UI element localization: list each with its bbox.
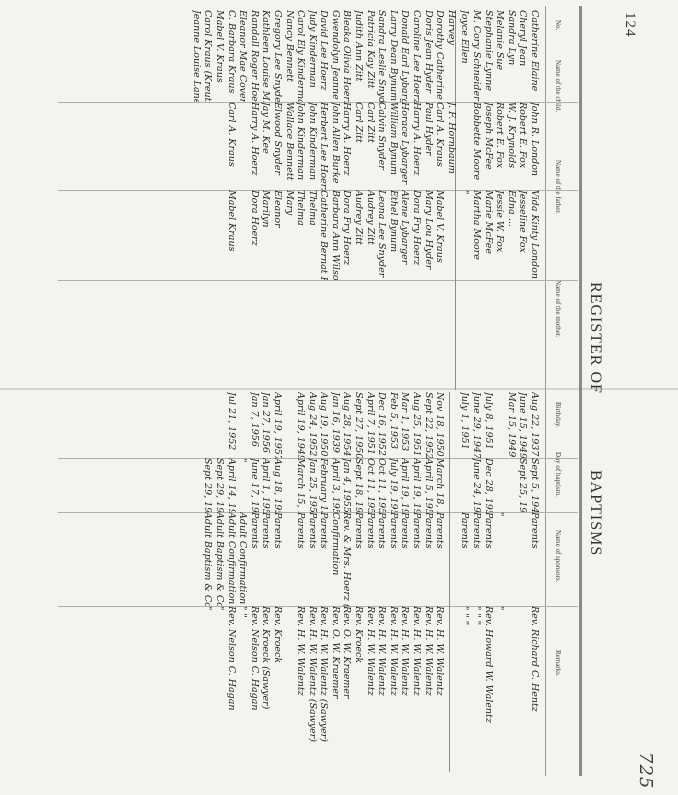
remarks	[517, 606, 529, 746]
register-entry-right: Sept 29, 1957Adult Baptism & Conf."	[202, 392, 214, 746]
birthday: Sept 22, 1952	[422, 392, 434, 458]
remarks: Rev. H. W. Walentz	[387, 606, 399, 746]
child-name: Gwendolyn Jeanne Burke	[329, 10, 341, 102]
sponsors: Parents	[376, 512, 388, 606]
register-entry-left: Carol Ely KindermanJohn KindermanThelma	[295, 10, 307, 280]
sponsors: Adult Confirmation	[225, 512, 237, 606]
register-entry-right	[445, 392, 457, 746]
register-entry-right: "Adult Confirmation" "	[237, 392, 249, 746]
birthday: Jan 16, 1939	[329, 392, 341, 458]
column-header-birthday: Birthday.	[554, 402, 562, 428]
baptism-date	[190, 458, 202, 512]
father-name	[213, 102, 225, 190]
register-entry-left: Joyce Ellen"	[459, 10, 471, 280]
register-entry-right: ""	[494, 392, 506, 746]
sponsors: Parents	[260, 512, 272, 606]
baptism-date: June 17, 1956	[248, 458, 260, 512]
baptism-date: Oct 11, 1953	[364, 458, 376, 512]
baptism-date: April 14, 1957	[225, 458, 237, 512]
mother-name	[202, 190, 214, 280]
header-rule	[579, 6, 582, 776]
baptism-date	[459, 458, 471, 512]
right-entries: Aug 22, 1937Sept 5, 1949ParentsRev. Rich…	[190, 392, 540, 746]
mother-name	[445, 190, 457, 280]
child-name: Larry Dean Bynum	[387, 10, 399, 102]
mother-name: Vida Kinty London	[528, 190, 540, 280]
father-name	[190, 102, 202, 190]
child-name: Judy Kinderman	[306, 10, 318, 102]
father-name: Bobbette Moore	[470, 102, 482, 190]
child-name: Catherine Elaine	[528, 10, 540, 102]
baptism-date: Jan 25, 1953	[306, 458, 318, 512]
child-name: Harvey	[445, 10, 457, 102]
register-entry-left: Gwendolyn Jeanne BurkeJohn Allen BurkeBa…	[329, 10, 341, 280]
mother-name: Thelma	[295, 190, 307, 280]
sponsors: Parents	[387, 512, 399, 606]
child-name: Patricia Kay Zitt	[364, 10, 376, 102]
mother-name: Jessie W. Fox	[494, 190, 506, 280]
sponsors: Parents	[318, 512, 330, 606]
sponsors: Parents	[399, 512, 411, 606]
register-entry-left: Sandra Leslie SnyderCalvin SnyderLeona L…	[376, 10, 388, 280]
birthday: Jan 7, 1956	[248, 392, 260, 458]
register-entry-left: Sandra LynW. J. KrynoldsEdna ...	[505, 10, 517, 280]
mother-name: Mary Lou Hyder	[422, 190, 434, 280]
sponsors: Parents	[459, 512, 471, 606]
father-name: Robert E. Fox	[494, 102, 506, 190]
child-name: Cheryl Jean	[517, 10, 529, 102]
baptism-date: Aug 18, 1957	[271, 458, 283, 512]
remarks: "	[202, 606, 214, 746]
remarks: Rev. H. W. Walentz	[399, 606, 411, 746]
page-seam	[0, 388, 678, 390]
remarks: Rev. Howard W. Walentz	[482, 606, 494, 746]
child-name: Gregory Lee Snyder	[271, 10, 283, 102]
father-name	[237, 102, 249, 190]
register-entry-right: Aug 22, 1937Sept 5, 1949ParentsRev. Rich…	[528, 392, 540, 746]
birthday: Aug 24, 1952	[306, 392, 318, 458]
child-name: Carol Kraus (Kreutzel)	[202, 10, 214, 102]
birthday: April 19, 1949	[295, 392, 307, 458]
father-name	[459, 102, 471, 190]
father-name: Robert E. Fox	[517, 102, 529, 190]
register-entry-right: June 29, 1947June 24, 1951Parents" " "	[470, 392, 482, 746]
mother-name	[213, 190, 225, 280]
child-name: Donald Earl Lybarger	[399, 10, 411, 102]
register-entry-right: Sept 22, 1952April 5, 1953ParentsRev. H.…	[422, 392, 434, 746]
father-name: Paul Hyder	[422, 102, 434, 190]
birthday: Aug 25, 1951	[410, 392, 422, 458]
father-name: John Kinderman	[306, 102, 318, 190]
sponsors: Adult Baptism & Conf.	[213, 512, 225, 606]
remarks: Rev. H. W. Walentz	[364, 606, 376, 746]
child-name: Nancy Bennett	[283, 10, 295, 102]
sponsors: Parents	[364, 512, 376, 606]
register-entry-left: Gregory Lee SnyderElwood SnyderEleanor	[271, 10, 283, 280]
birthday: Dec 16, 1952	[376, 392, 388, 458]
father-name: Herbert Lee Hoerz	[318, 102, 330, 190]
remarks: Rev. H. W. Walentz	[376, 606, 388, 746]
column-header-mother: Name of the mother.	[554, 280, 562, 338]
baptism-date: Sept 29, 1957	[202, 458, 214, 512]
sponsors: Confirmation	[329, 512, 341, 606]
remarks: "	[213, 606, 225, 746]
register-entry-right: June 15, 1949Sept 25, 1949	[517, 392, 529, 746]
sponsors: Parents	[434, 512, 446, 606]
remarks: Rev. Kroeck	[353, 606, 365, 746]
mother-name: Martha Moore	[470, 190, 482, 280]
birthday: Aug 19, 1950	[318, 392, 330, 458]
register-entry-right: Sept 29, 1957Adult Baptism & Conf."	[213, 392, 225, 746]
mother-name: Barbara Ann Wilson Burke	[329, 190, 341, 280]
register-entry-left: Jeanne Louise Lane	[190, 10, 202, 280]
register-entry-left: Donald Earl LybargerHorace LybargerAlene…	[399, 10, 411, 280]
register-entry-left: Judith Ann ZittCarl ZittAudrey Zitt	[353, 10, 365, 280]
mother-name: "	[459, 190, 471, 280]
sponsors: Parents	[422, 512, 434, 606]
birthday	[445, 392, 457, 458]
register-entry-right: Feb 5, 1953July 19, 1953ParentsRev. H. W…	[387, 392, 399, 746]
register-entry-left: HarveyJ. F. Hornbaum	[445, 10, 457, 280]
register-entry-right: April 7, 1951Oct 11, 1953ParentsRev. H. …	[364, 392, 376, 746]
baptism-date: Sept 18, 1954	[353, 458, 365, 512]
mother-name: Ethel Bynum	[387, 190, 399, 280]
birthday: Aug 28, 1954	[341, 392, 353, 458]
register-entry-right: Aug 19, 1950February 13, 1955ParentsRev.…	[318, 392, 330, 746]
right-page-title: BAPTISMS	[586, 470, 604, 556]
mother-name: Marilyn	[260, 190, 272, 280]
mother-name: Edna ...	[505, 190, 517, 280]
child-name: Melanie Sue	[494, 10, 506, 102]
remarks: Rev. H. W. Walentz (Sawyer)	[306, 606, 318, 746]
left-page-title: REGISTER OF	[586, 282, 604, 394]
birthday: July 8, 1951	[482, 392, 494, 458]
father-name: John Kinderman	[295, 102, 307, 190]
remarks	[505, 606, 517, 746]
register-entry-right: Aug 28, 1954Jan 4, 1955Rev. & Mrs. Hoerz…	[341, 392, 353, 746]
sponsors	[505, 512, 517, 606]
baptism-date: July 19, 1953	[387, 458, 399, 512]
child-name: Randall Roger Hoerz	[248, 10, 260, 102]
register-entry-left: David Lee HoerzHerbert Lee HoerzCatherin…	[318, 10, 330, 280]
register-entry-right: April 19, 1957Aug 18, 1957ParentsRev. Kr…	[271, 392, 283, 746]
father-name: J. F. Hornbaum	[445, 102, 457, 190]
register-entry-right: Dec 16, 1952Oct 11, 1953ParentsRev. H. W…	[376, 392, 388, 746]
register-entry-left: Cheryl JeanRobert E. FoxJesseline Fox	[517, 10, 529, 280]
birthday	[202, 392, 214, 458]
child-name: David Lee Hoerz	[318, 10, 330, 102]
register-entry-left: C. Barbara KrausCarl A. KrausMabel Kraus	[225, 10, 237, 280]
sponsors: Parents	[271, 512, 283, 606]
remarks: " " "	[459, 606, 471, 746]
register-page-spread: 124 725 REGISTER OF BAPTISMS No. Name of…	[0, 0, 678, 795]
child-name: Sandra Leslie Snyder	[376, 10, 388, 102]
register-entry-left: Caroline Lee HoerzHarry A. HoerzDora Fry…	[410, 10, 422, 280]
remarks: Rev. H. W. Walentz	[434, 606, 446, 746]
child-name: Judith Ann Zitt	[353, 10, 365, 102]
sponsors: Parents	[248, 512, 260, 606]
birthday	[237, 392, 249, 458]
baptism-date: Dec 28, 1952	[482, 458, 494, 512]
remarks: Rev. Kroeck (Sawyer)	[260, 606, 272, 746]
mother-name: Alene Lybarger	[399, 190, 411, 280]
remarks: " " "	[470, 606, 482, 746]
mother-name: Dora Hoerz	[248, 190, 260, 280]
remarks	[190, 606, 202, 746]
birthday: Nov 18, 1950	[434, 392, 446, 458]
mother-name: Audrey Zitt	[353, 190, 365, 280]
remarks: "	[494, 606, 506, 746]
mother-name: Marie McFee	[482, 190, 494, 280]
father-name: Joseph McFee	[482, 102, 494, 190]
sponsors: Parents	[295, 512, 307, 606]
remarks: Rev. Nelson C. Hagan	[225, 606, 237, 746]
register-entry-left: Doris Jean HyderPaul HyderMary Lou Hyder	[422, 10, 434, 280]
remarks: Rev. Kroeck	[271, 606, 283, 746]
birthday: Jul 21, 1952	[225, 392, 237, 458]
child-name: Eleanor Mae Coverly	[237, 10, 249, 102]
sponsors: Parents	[306, 512, 318, 606]
register-entry-right: Nov 18, 1950March 18, 1953ParentsRev. H.…	[434, 392, 446, 746]
baptism-date: April 3, 1955	[329, 458, 341, 512]
birthday: June 15, 1949	[517, 392, 529, 458]
footer-marks	[14, 10, 28, 770]
child-name: Mabel V. Kraus	[213, 10, 225, 102]
baptism-date: Oct 11, 1953	[376, 458, 388, 512]
remarks: " "	[237, 606, 249, 746]
sponsors: Adult Confirmation	[237, 512, 249, 606]
remarks: Rev. H. W. Walentz	[295, 606, 307, 746]
sponsors: Parents	[470, 512, 482, 606]
father-name: Horace Lybarger	[399, 102, 411, 190]
father-name: Calvin Snyder	[376, 102, 388, 190]
baptism-date	[505, 458, 517, 512]
child-name: Bleaka Olivia Hoerz	[341, 10, 353, 102]
baptism-date: April 5, 1953	[422, 458, 434, 512]
father-name: Wallace Bennett	[283, 102, 295, 190]
register-entry-left: Eleanor Mae Coverly	[237, 10, 249, 280]
child-name: Kathleen Louise M. Kee	[260, 10, 272, 102]
column-header-father: Name of the father.	[554, 160, 562, 214]
father-name: Carl Zitt	[353, 102, 365, 190]
sponsors: Parents	[410, 512, 422, 606]
register-entry-left: Kathleen Louise M. KeeJay M. KeeMarilyn	[260, 10, 272, 280]
baptism-date: April 19, 1953	[399, 458, 411, 512]
remarks	[445, 606, 457, 746]
sponsors	[445, 512, 457, 606]
father-name: W. J. Krynolds	[505, 102, 517, 190]
birthday	[190, 392, 202, 458]
mother-name	[190, 190, 202, 280]
register-entry-right: Aug 25, 1951April 19, 1953ParentsRev. H.…	[410, 392, 422, 746]
register-entry-right: July 8, 1951Dec 28, 1952ParentsRev. Howa…	[482, 392, 494, 746]
register-entry-right: Jan 16, 1939April 3, 1955ConfirmationRev…	[329, 392, 341, 746]
father-name: William Bynum	[387, 102, 399, 190]
mother-name: Catherine Bernat Hoerz	[318, 190, 330, 280]
birthday: Aug 22, 1937	[528, 392, 540, 458]
birthday: April 7, 1951	[364, 392, 376, 458]
register-entry-right	[283, 392, 295, 746]
father-name: Elwood Snyder	[271, 102, 283, 190]
birthday	[283, 392, 295, 458]
birthday: Jan 27, 1956	[260, 392, 272, 458]
register-entry-right: Jan 27, 1956April 1, 1956ParentsRev. Kro…	[260, 392, 272, 746]
child-name: Joyce Ellen	[459, 10, 471, 102]
birthday: Feb 5, 1953	[387, 392, 399, 458]
father-name: Carl A. Kraus	[434, 102, 446, 190]
father-name: Jay M. Kee	[260, 102, 272, 190]
child-name: M. Cory Schneider	[470, 10, 482, 102]
remarks	[283, 606, 295, 746]
sponsors: Parents	[353, 512, 365, 606]
column-header-remarks: Remarks.	[554, 650, 562, 677]
mother-name: Leona Lee Snyder	[376, 190, 388, 280]
birthday: Mar 15, 1949	[505, 392, 517, 458]
father-name	[202, 102, 214, 190]
baptism-date: June 24, 1951	[470, 458, 482, 512]
register-entry-right: Aug 24, 1952Jan 25, 1953ParentsRev. H. W…	[306, 392, 318, 746]
sponsors	[283, 512, 295, 606]
column-header-child: Name of the child.	[554, 60, 562, 112]
register-entry-left: Bleaka Olivia HoerzHarry A. HoerzDora Fr…	[341, 10, 353, 280]
mother-name	[237, 190, 249, 280]
baptism-date	[494, 458, 506, 512]
birthday: July 1, 1951	[459, 392, 471, 458]
baptism-date: Sept 5, 1949	[528, 458, 540, 512]
register-entry-right: Mar 15, 1949	[505, 392, 517, 746]
remarks: Rev. O. W. Kraemer	[341, 606, 353, 746]
register-entry-right: Mar 1, 1953April 19, 1953ParentsRev. H. …	[399, 392, 411, 746]
register-entry-left: Dorothy CatherineCarl A. KrausMabel V. K…	[434, 10, 446, 280]
sponsors	[517, 512, 529, 606]
sponsors: "	[494, 512, 506, 606]
child-name: Caroline Lee Hoerz	[410, 10, 422, 102]
register-entry-right	[190, 392, 202, 746]
child-name: Carol Ely Kinderman	[295, 10, 307, 102]
column-header-rule	[545, 6, 546, 776]
register-entry-right: Jul 21, 1952April 14, 1957Adult Confirma…	[225, 392, 237, 746]
mother-name: Thelma	[306, 190, 318, 280]
mother-name: Mary	[283, 190, 295, 280]
baptism-date: April 1, 1956	[260, 458, 272, 512]
register-entry-right: Jan 7, 1956June 17, 1956ParentsRev. Nels…	[248, 392, 260, 746]
remarks: Rev. H. W. Walentz (Sawyer)	[318, 606, 330, 746]
left-entries: Catherine ElaineJohn R. LondonVida Kinty…	[190, 10, 540, 280]
baptism-date: March 18, 1953	[434, 458, 446, 512]
baptism-date: Sept 25, 1949	[517, 458, 529, 512]
mother-name: Mabel V. Kraus	[434, 190, 446, 280]
birthday: Sept 27, 1950	[353, 392, 365, 458]
mother-name: Dora Fry Hoerz	[341, 190, 353, 280]
baptism-date	[283, 458, 295, 512]
mother-name: Audrey Zitt	[364, 190, 376, 280]
right-page-number: 725	[635, 752, 656, 789]
sponsors: Parents	[482, 512, 494, 606]
remarks: Rev. H. W. Walentz	[422, 606, 434, 746]
child-name: Dorothy Catherine	[434, 10, 446, 102]
baptism-date	[445, 458, 457, 512]
father-name: John R. London	[528, 102, 540, 190]
birthday: Mar 1, 1953	[399, 392, 411, 458]
register-entry-left: M. Cory SchneiderBobbette MooreMartha Mo…	[470, 10, 482, 280]
father-name: John Allen Burke	[329, 102, 341, 190]
mother-name: Dora Fry Hoerz	[410, 190, 422, 280]
father-name: Carl A. Kraus	[225, 102, 237, 190]
baptism-date: Jan 4, 1955	[341, 458, 353, 512]
register-entry-right: April 19, 1949March 15, 1949ParentsRev. …	[295, 392, 307, 746]
left-page-number: 124	[621, 12, 638, 38]
register-entry-left: Randall Roger HoerzHarry A. HoerzDora Ho…	[248, 10, 260, 280]
baptism-date: February 13, 1955	[318, 458, 330, 512]
father-name: Harry A. Hoerz	[410, 102, 422, 190]
register-entry-left: Patricia Kay ZittCarl ZittAudrey Zitt	[364, 10, 376, 280]
remarks: Rev. O. W. Kraemer	[329, 606, 341, 746]
father-name: Harry A. Hoerz	[341, 102, 353, 190]
baptism-date: "	[237, 458, 249, 512]
birthday	[213, 392, 225, 458]
child-name: Jeanne Louise Lane	[190, 10, 202, 102]
register-entry-left: Carol Kraus (Kreutzel)	[202, 10, 214, 280]
sponsors: Parents	[528, 512, 540, 606]
mother-name: Mabel Kraus	[225, 190, 237, 280]
father-name: Harry A. Hoerz	[248, 102, 260, 190]
remarks: Rev. Richard C. Hentz	[528, 606, 540, 746]
birthday: June 29, 1947	[470, 392, 482, 458]
register-entry-left: Melanie SueRobert E. FoxJessie W. Fox	[494, 10, 506, 280]
child-name: C. Barbara Kraus	[225, 10, 237, 102]
register-entry-left: Nancy BennettWallace BennettMary	[283, 10, 295, 280]
register-entry-left: Catherine ElaineJohn R. LondonVida Kinty…	[528, 10, 540, 280]
baptism-date: April 19, 1953	[410, 458, 422, 512]
column-header-sponsors: Name of sponsors.	[554, 530, 562, 582]
child-name: Doris Jean Hyder	[422, 10, 434, 102]
father-name: Carl Zitt	[364, 102, 376, 190]
child-name: Sandra Lyn	[505, 10, 517, 102]
birthday	[494, 392, 506, 458]
sponsors: Adult Baptism & Conf.	[202, 512, 214, 606]
column-divider	[58, 280, 578, 281]
sponsors	[190, 512, 202, 606]
remarks: Rev. H. W. Walentz	[410, 606, 422, 746]
baptism-date: March 15, 1949	[295, 458, 307, 512]
register-entry-left: Larry Dean BynumWilliam BynumEthel Bynum	[387, 10, 399, 280]
birthday: April 19, 1957	[271, 392, 283, 458]
sponsors: Rev. & Mrs. Hoerz (Pretty)	[341, 512, 353, 606]
register-entry-left: Stephanie LynneJoseph McFeeMarie McFee	[482, 10, 494, 280]
register-entry-right: Sept 27, 1950Sept 18, 1954ParentsRev. Kr…	[353, 392, 365, 746]
baptism-date: Sept 29, 1957	[213, 458, 225, 512]
column-header-no: No.	[554, 20, 562, 30]
child-name: Stephanie Lynne	[482, 10, 494, 102]
remarks: Rev. Nelson C. Hagan	[248, 606, 260, 746]
register-entry-right: July 1, 1951Parents" " "	[459, 392, 471, 746]
register-entry-left: Judy KindermanJohn KindermanThelma	[306, 10, 318, 280]
mother-name: Eleanor	[271, 190, 283, 280]
mother-name: Jesseline Fox	[517, 190, 529, 280]
register-entry-left: Mabel V. Kraus	[213, 10, 225, 280]
